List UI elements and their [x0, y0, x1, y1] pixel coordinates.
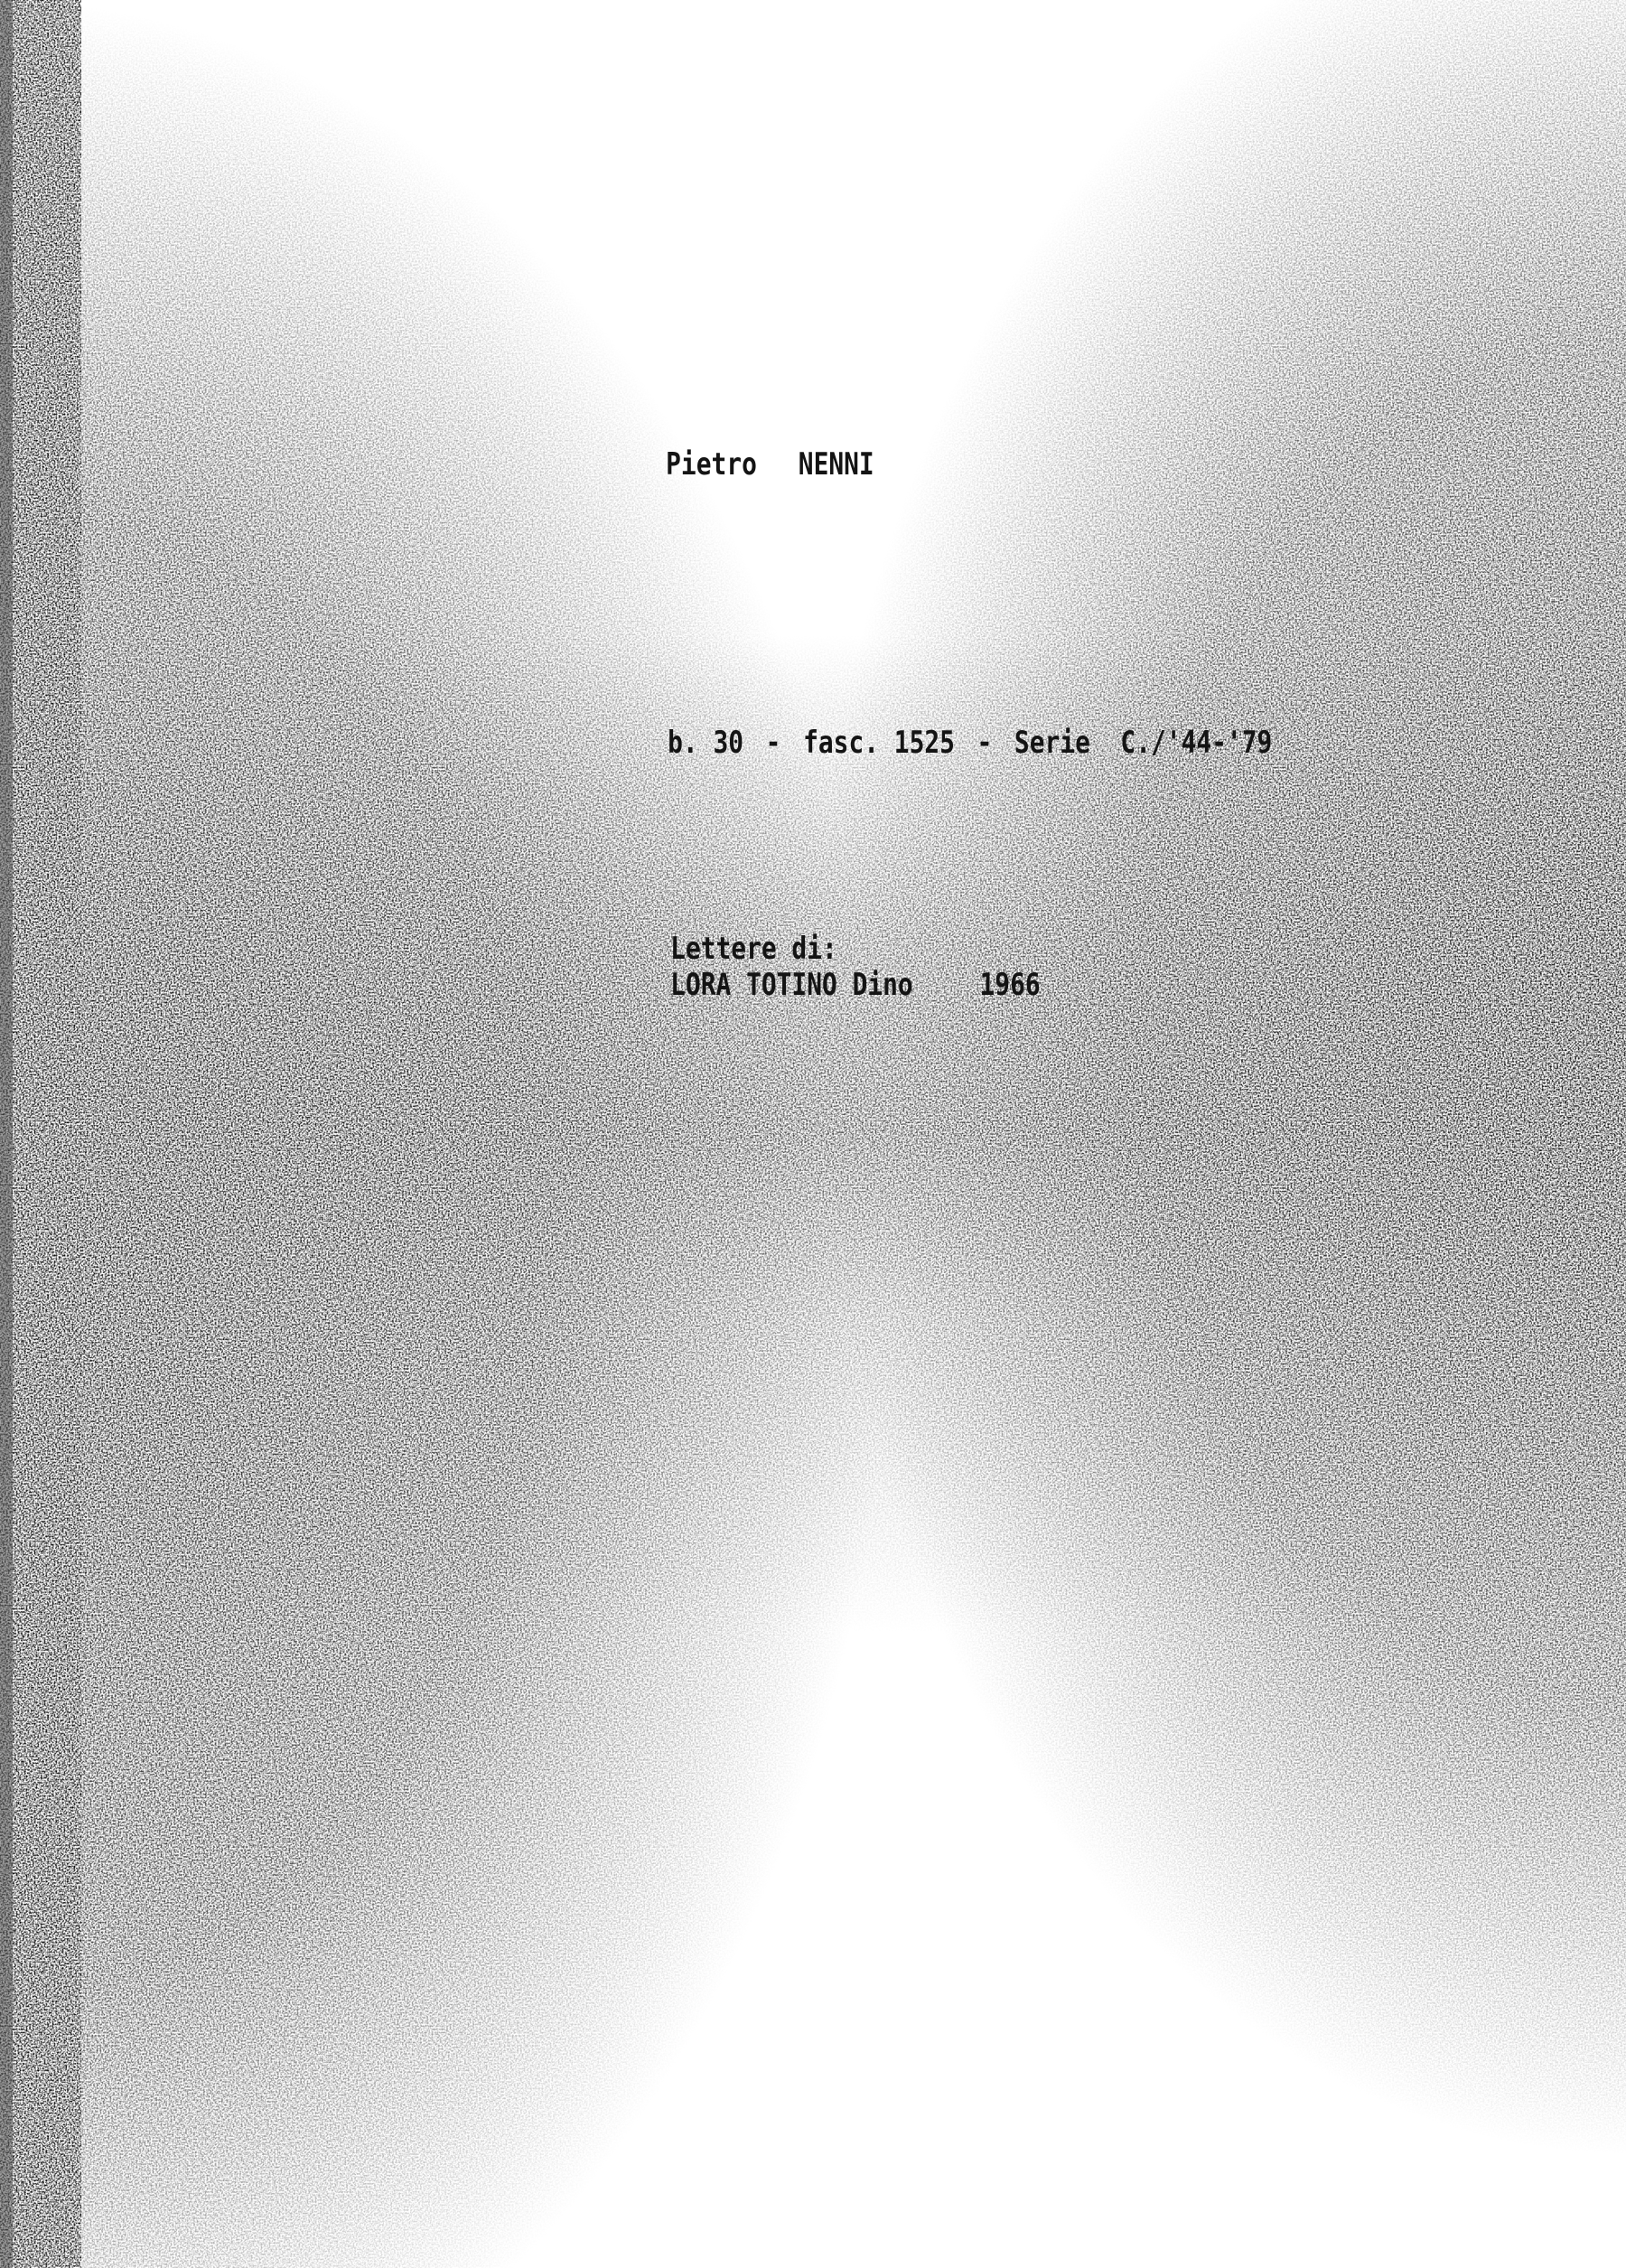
author-line: PietroNENNI [605, 410, 874, 519]
fascicolo-number: fasc. 1525 [803, 725, 955, 761]
reference-line: b. 30-fasc. 1525-Serie C./'44-'79 [607, 689, 1272, 797]
sender-name: LORA TOTINO Dino [670, 967, 913, 1003]
author-last-name: NENNI [799, 446, 874, 483]
separator: - [977, 725, 993, 761]
serie-label: Serie C./'44-'79 [1014, 725, 1272, 761]
author-first-name: Pietro [666, 446, 757, 483]
photocopy-noise-background [0, 0, 1626, 2268]
separator: - [766, 725, 781, 761]
scanned-page: PietroNENNI b. 30-fasc. 1525-Serie C./'4… [0, 0, 1626, 2268]
busta-number: b. 30 [668, 725, 743, 761]
correspondence-year: 1966 [980, 967, 1041, 1003]
correspondence-label: Lettere di: [670, 931, 837, 967]
correspondence-line: Lettere di: LORA TOTINO Dino1966 [610, 895, 1041, 1039]
